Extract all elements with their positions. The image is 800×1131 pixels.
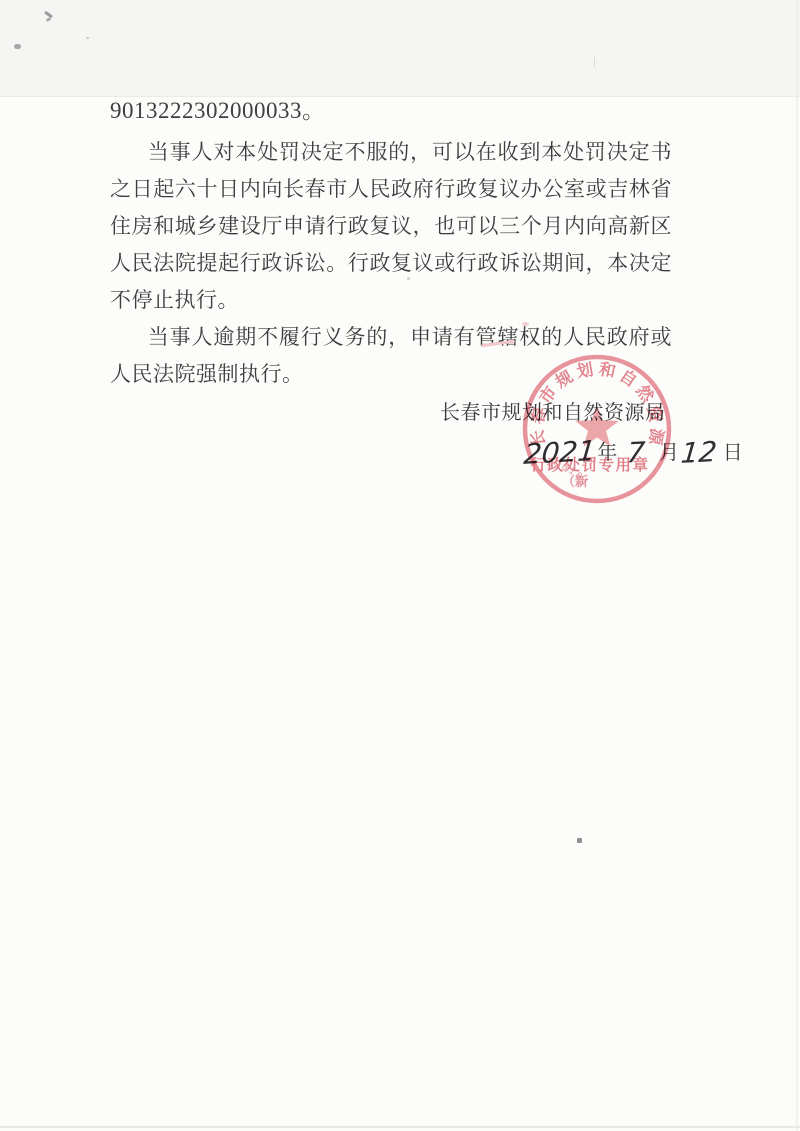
date-year-handwritten: 2021: [522, 436, 596, 470]
scan-pink-smudge: [522, 322, 529, 326]
date-day-handwritten: 12: [680, 437, 718, 469]
paragraph-appeal-rights: 当事人对本处罚决定不服的，可以在收到本处罚决定书之日起六十日内向长春市人民政府行…: [110, 134, 672, 319]
date-month-label: 月: [659, 438, 679, 468]
date-month-handwritten: 7: [626, 438, 647, 469]
issuing-agency-name: 长春市规划和自然资源局: [440, 396, 666, 425]
scan-speck: [577, 838, 582, 843]
scan-speck: [407, 277, 410, 280]
paragraph-enforcement: 当事人逾期不履行义务的，申请有管辖权的人民政府或人民法院强制执行。: [110, 319, 672, 393]
decision-date: 2021 年 7 月 12 日: [524, 434, 743, 468]
scan-top-band: [0, 0, 800, 97]
seal-sub-text: （新: [562, 474, 588, 489]
scan-speck: [594, 57, 595, 67]
date-year-label: 年: [597, 438, 617, 468]
scan-speck: [86, 37, 89, 39]
decision-body: 当事人对本处罚决定不服的，可以在收到本处罚决定书之日起六十日内向长春市人民政府行…: [110, 134, 672, 393]
date-day-label: 日: [723, 438, 743, 468]
scan-edge-bottom: [0, 1126, 800, 1128]
scan-edge-right: [796, 0, 798, 1131]
scan-speck: [14, 44, 21, 49]
registration-number: 9013222302000033。: [110, 92, 326, 125]
